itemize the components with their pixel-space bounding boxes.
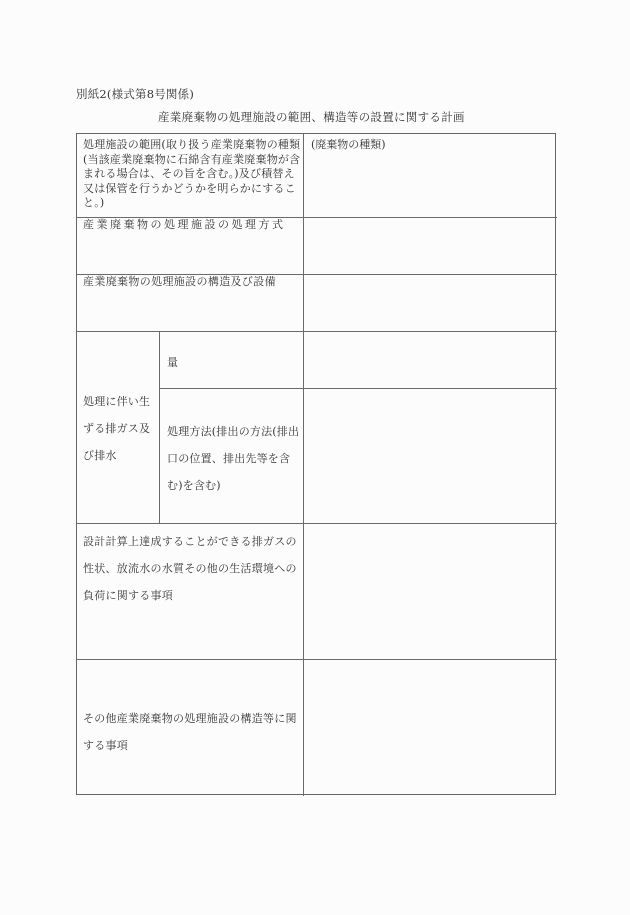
- label-processing-scope: 処理施設の範囲(取り扱う産業廃棄物の種類(当該産業廃棄物に石綿含有産業廃棄物が含…: [83, 138, 303, 211]
- form-reference: 別紙2(様式第8号関係): [76, 86, 194, 102]
- field-waste-type[interactable]: (廃棄物の種類): [311, 138, 386, 153]
- field-structure-equipment[interactable]: [305, 276, 555, 331]
- field-other-structure[interactable]: [305, 661, 555, 794]
- label-exhaust-wastewater: 処理に伴い生ずる排ガス及び排水: [83, 388, 161, 469]
- plan-table: 処理施設の範囲(取り扱う産業廃棄物の種類(当該産業廃棄物に石綿含有産業廃棄物が含…: [76, 133, 556, 795]
- label-other-structure: その他産業廃棄物の処理施設の構造等に関する事項: [83, 705, 305, 759]
- label-treatment-method: 処理方法(排出の方法(排出口の位置、排出先等を含む)を含む): [167, 418, 302, 499]
- label-processing-method: 産業廃棄物の処理施設の処理方式: [83, 218, 303, 232]
- document-title: 産業廃棄物の処理施設の範囲、構造等の設置に関する計画: [158, 109, 465, 125]
- label-amount: 量: [167, 356, 178, 370]
- label-design-calculation: 設計計算上達成することができる排ガスの性状、放流水の水質その他の生活環境への負荷…: [83, 528, 305, 609]
- field-processing-method[interactable]: [305, 219, 555, 274]
- field-design-calculation[interactable]: [305, 525, 555, 659]
- label-structure-equipment: 産業廃棄物の処理施設の構造及び設備: [83, 275, 303, 289]
- field-treatment-method[interactable]: [305, 390, 555, 523]
- field-amount[interactable]: [305, 333, 555, 388]
